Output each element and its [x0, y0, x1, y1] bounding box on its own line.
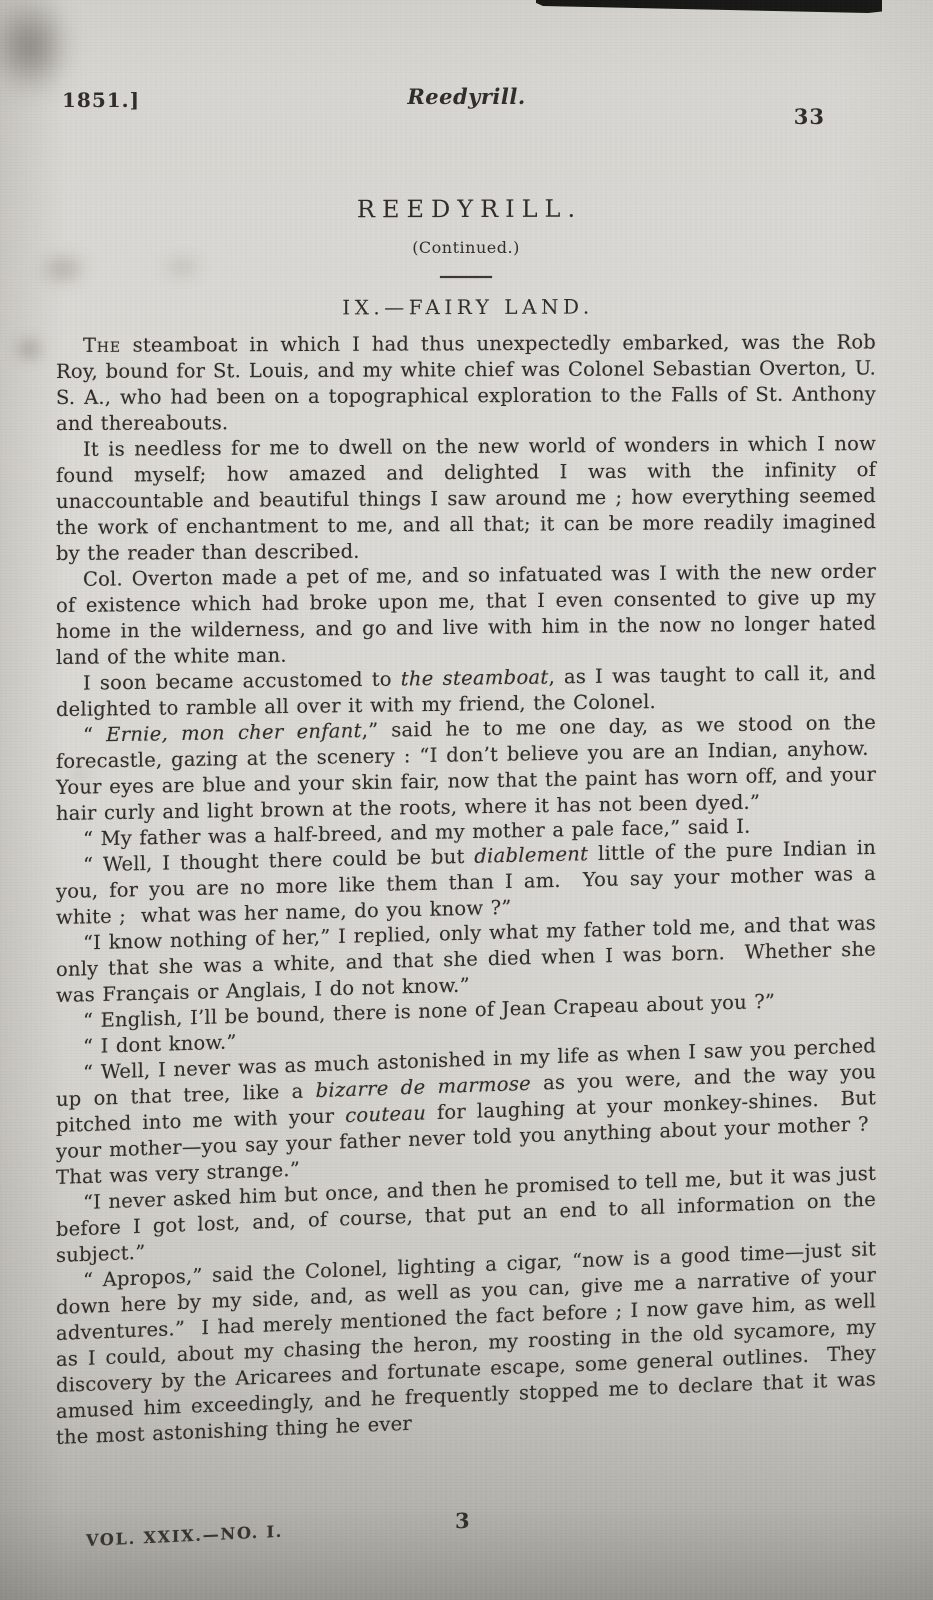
paragraph: “ Ernie, mon cher enfant,” said he to me… — [56, 710, 876, 827]
page-number: 33 — [794, 104, 825, 129]
scan-dark-edge — [536, 0, 882, 13]
article-title: REEDYRILL. — [56, 194, 876, 224]
section-divider — [440, 276, 492, 278]
continued-note: (Continued.) — [56, 238, 876, 257]
paragraphs: The steamboat in which I had thus unexpe… — [56, 333, 876, 1451]
signature-mark: 3 — [455, 1508, 470, 1534]
paragraph: The steamboat in which I had thus unexpe… — [56, 329, 876, 437]
stain-spot — [4, 328, 54, 370]
volume-number-line: VOL. XXIX.—NO. I. — [86, 1522, 283, 1550]
paragraph: “ Apropos,” said the Colonel, lighting a… — [56, 1236, 876, 1451]
paragraph: Col. Overton made a pet of me, and so in… — [56, 559, 876, 671]
book-page-scan: 1851.] Reedyrill. 33 REEDYRILL. (Continu… — [0, 0, 933, 1600]
chapter-heading: IX.—FAIRY LAND. — [56, 294, 876, 321]
article-body: REEDYRILL. (Continued.) IX.—FAIRY LAND. … — [56, 195, 876, 1451]
paragraph: It is needless for me to dwell on the ne… — [56, 431, 876, 567]
